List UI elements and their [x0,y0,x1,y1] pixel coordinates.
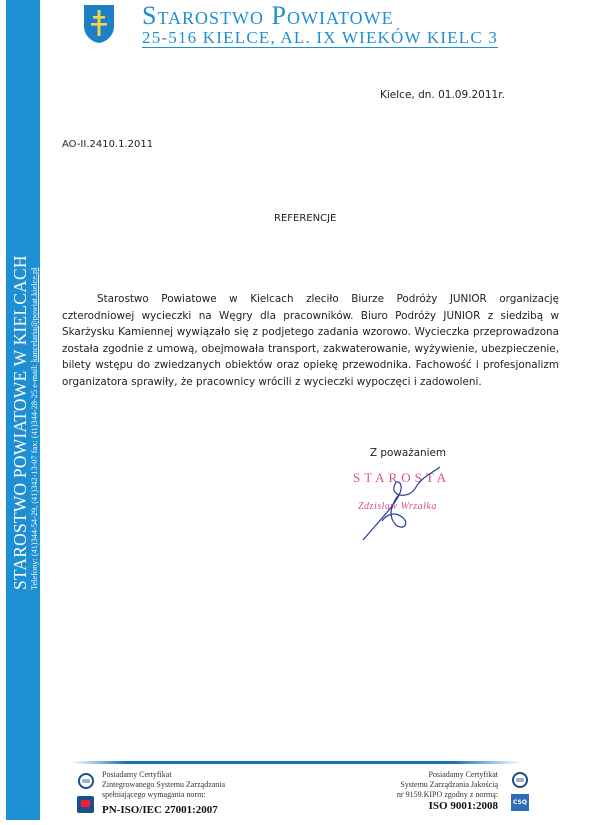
letter-heading: REFERENCJE [274,213,336,224]
sidebar-title: STAROSTWO POWIATOWE W KIELCACH [6,255,30,590]
cert-right-line1: Posiadamy Certyfikat [397,770,498,780]
pca-certification-icon [77,796,94,813]
sidebar-phones: Telefony: (41)344-54-29, (41)342-13-07 f… [30,362,39,590]
certificate-seal-icon [78,773,94,789]
cert-right-norm: ISO 9001:2008 [397,800,498,812]
header-address: 25-516 KIELCE, AL. IX WIEKÓW KIELC 3 [142,29,498,48]
csq-badge-icon: CSQ [511,794,529,811]
signature-icon [360,465,450,545]
closing-salutation: Z poważaniem [370,447,446,459]
letter-date: Kielce, dn. 01.09.2011r. [380,89,505,101]
sidebar-contact: Telefony: (41)344-54-29, (41)342-13-07 f… [30,255,40,590]
cert-left-line1: Posiadamy Certyfikat [102,770,225,780]
cert-left-norm: PN-ISO/IEC 27001:2007 [102,804,225,816]
cert-right-line3: nr 9159.KIPO zgodny z normą: [397,790,498,800]
certificate-right: Posiadamy Certyfikat Systemu Zarządzania… [397,770,498,812]
cert-right-line2: Systemu Zarządzania Jakością [397,780,498,790]
coat-of-arms-icon [82,4,116,44]
reference-number: AO-II.2410.1.2011 [62,139,153,150]
certificate-left: Posiadamy Certyfikat Zintegrowanego Syst… [102,770,225,816]
certificate-seal-icon [512,772,528,788]
header-title: Starostwo Powiatowe [142,2,394,30]
sidebar-email-link[interactable]: kancelaria@powiat.kielce.pl [30,268,39,363]
cert-left-line3: spełniającego wymagania norm: [102,790,225,800]
footer-divider [72,761,522,764]
letter-body: Starostwo Powiatowe w Kielcach zleciło B… [62,291,559,391]
cert-left-line2: Zintegrowanego Systemu Zarządzania [102,780,225,790]
